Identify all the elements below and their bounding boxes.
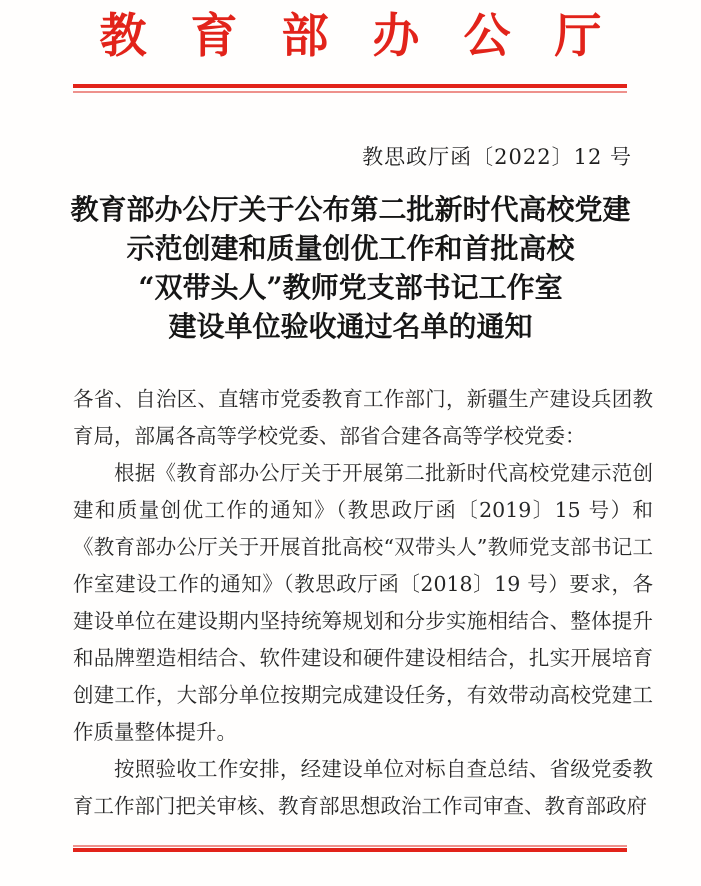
document-title: 教育部办公厅关于公布第二批新时代高校党建 示范创建和质量创优工作和首批高校 “双… bbox=[0, 190, 701, 346]
header-rule-thin-line bbox=[73, 91, 627, 93]
footer-rule-thin-line bbox=[73, 845, 627, 847]
header-rule-thick-line bbox=[73, 84, 627, 88]
body-paragraph-2: 按照验收工作安排，经建设单位对标自查总结、省级党委教育工作部门把关审核、教育部思… bbox=[73, 751, 653, 825]
footer-rule-thick-line bbox=[73, 848, 627, 852]
letterhead-agency-name: 教育部办公厅 bbox=[22, 6, 701, 67]
document-reference-number: 教思政厅函〔2022〕12 号 bbox=[362, 141, 632, 171]
official-document-page: 教育部办公厅 教思政厅函〔2022〕12 号 教育部办公厅关于公布第二批新时代高… bbox=[0, 0, 701, 886]
body-paragraph-1: 根据《教育部办公厅关于开展第二批新时代高校党建示范创建和质量创优工作的通知》（教… bbox=[73, 455, 653, 751]
document-title-line-2: 示范创建和质量创优工作和首批高校 bbox=[0, 229, 701, 268]
document-title-line-4: 建设单位验收通过名单的通知 bbox=[0, 307, 701, 346]
document-title-line-1: 教育部办公厅关于公布第二批新时代高校党建 bbox=[0, 190, 701, 229]
document-body: 各省、自治区、直辖市党委教育工作部门，新疆生产建设兵团教育局，部属各高等学校党委… bbox=[73, 381, 653, 825]
salutation-paragraph: 各省、自治区、直辖市党委教育工作部门，新疆生产建设兵团教育局，部属各高等学校党委… bbox=[73, 381, 653, 455]
document-title-line-3: “双带头人”教师党支部书记工作室 bbox=[0, 268, 701, 307]
